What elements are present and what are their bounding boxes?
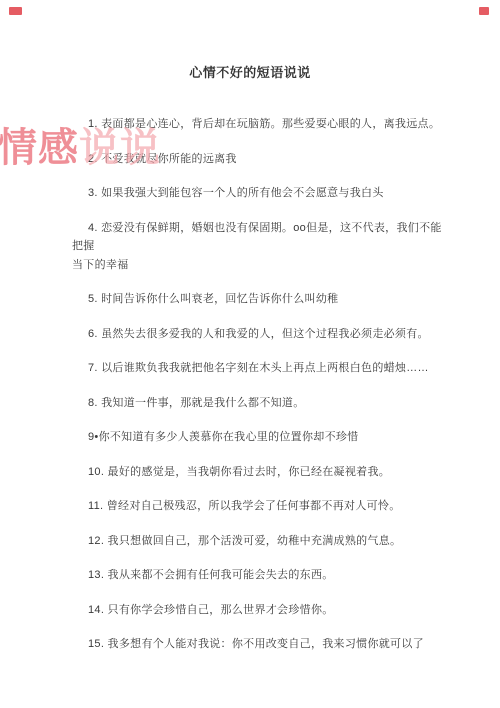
watermark-text-primary: 情感 [0, 126, 79, 170]
list-item: 4. 恋爱没有保鲜期，婚姻也没有保固期。oo但是，这不代表，我们不能把握 当下的… [72, 219, 450, 275]
list-item: 11. 曾经对自己极残忍，所以我学会了任何事都不再对人可怜。 [72, 497, 450, 516]
list-item: 1. 表面都是心连心，背后却在玩脑筋。那些爱耍心眼的人，离我远点。 [72, 115, 450, 134]
list-item: 12. 我只想做回自己，那个活泼可爱，幼稚中充满成熟的气息。 [72, 532, 450, 551]
list-item: 15. 我多想有个人能对我说：你不用改变自己，我来习惯你就可以了 [72, 635, 450, 654]
list-item: 10. 最好的感觉是，当我朝你看过去时，你已经在凝视着我。 [72, 463, 450, 482]
page-title: 心情不好的短语说说 [0, 62, 500, 81]
quote-list: 1. 表面都是心连心，背后却在玩脑筋。那些爱耍心眼的人，离我远点。 2. 不爱我… [72, 115, 450, 670]
list-item: 3. 如果我强大到能包容一个人的所有他会不会愿意与我白头 [72, 184, 450, 203]
list-item: 8. 我知道一件事，那就是我什么都不知道。 [72, 394, 450, 413]
red-corner-mark-left [9, 7, 22, 15]
list-item: 13. 我从来都不会拥有任何我可能会失去的东西。 [72, 566, 450, 585]
list-item: 14. 只有你学会珍惜自己，那么世界才会珍惜你。 [72, 601, 450, 620]
list-item: 6. 虽然失去很多爱我的人和我爱的人，但这个过程我必须走必须有。 [72, 325, 450, 344]
list-item: 5. 时间告诉你什么叫衰老，回忆告诉你什么叫幼稚 [72, 290, 450, 309]
list-item: 9•你不知道有多少人羡慕你在我心里的位置你却不珍惜 [72, 428, 450, 447]
list-item: 7. 以后谁欺负我我就把他名字刻在木头上再点上两根白色的蜡烛…… [72, 359, 450, 378]
red-corner-mark-right [479, 7, 489, 15]
list-item: 2. 不爱我就尽你所能的远离我 [72, 150, 450, 169]
document-page: 心情不好的短语说说 情感说说 1. 表面都是心连心，背后却在玩脑筋。那些爱耍心眼… [0, 0, 500, 708]
